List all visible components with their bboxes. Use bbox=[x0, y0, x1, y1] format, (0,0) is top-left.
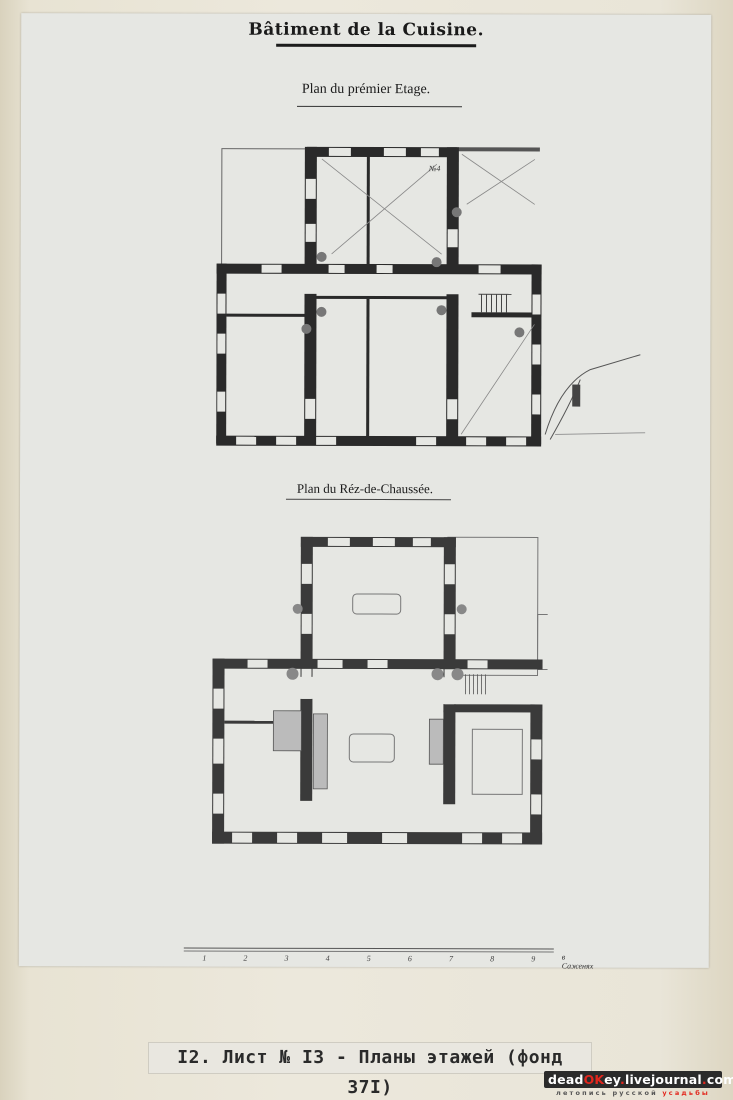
upper-floor-plan: №4 bbox=[216, 144, 547, 450]
margin-sketch bbox=[535, 344, 655, 444]
lower-plan-title: Plan du Réz-de-Chaussée. bbox=[20, 480, 710, 498]
lower-plan-underline bbox=[286, 499, 451, 500]
document-title: Bâtiment de la Cuisine. bbox=[21, 19, 711, 41]
scale-line bbox=[184, 948, 554, 950]
scale-tick: 5 bbox=[348, 954, 389, 963]
archive-caption: I2. Лист № I3 - Планы этажей (фонд 37I) bbox=[148, 1042, 592, 1074]
room-annotation: №4 bbox=[428, 164, 441, 173]
scale-tick: 8 bbox=[472, 954, 513, 963]
scale-tick: 2 bbox=[225, 954, 266, 963]
scale-bar: 1 2 3 4 5 6 7 8 9 в Саженях bbox=[184, 942, 554, 973]
scale-tick: 1 bbox=[184, 954, 225, 963]
photo-sheet: Bâtiment de la Cuisine. Plan du prémier … bbox=[19, 13, 711, 968]
ground-floor-plan bbox=[207, 529, 548, 850]
scale-unit-label: в Саженях bbox=[562, 953, 594, 971]
scale-line-secondary bbox=[184, 951, 554, 953]
upper-plan-underline bbox=[297, 106, 462, 107]
upper-plan-title: Plan du prémier Etage. bbox=[21, 81, 711, 99]
scale-tick: 4 bbox=[307, 954, 348, 963]
scale-tick: 6 bbox=[389, 954, 430, 963]
scale-tick: 3 bbox=[266, 954, 307, 963]
scale-ticks: 1 2 3 4 5 6 7 8 9 bbox=[184, 954, 554, 964]
title-underline bbox=[276, 44, 476, 48]
watermark-subtitle: летопись русской усадьбы bbox=[544, 1089, 722, 1097]
watermark-logo: deadOKey.livejournal.com bbox=[544, 1071, 722, 1088]
watermark: deadOKey.livejournal.com летопись русско… bbox=[544, 1071, 722, 1097]
scale-tick: 9 bbox=[513, 954, 554, 963]
scale-tick: 7 bbox=[430, 954, 471, 963]
